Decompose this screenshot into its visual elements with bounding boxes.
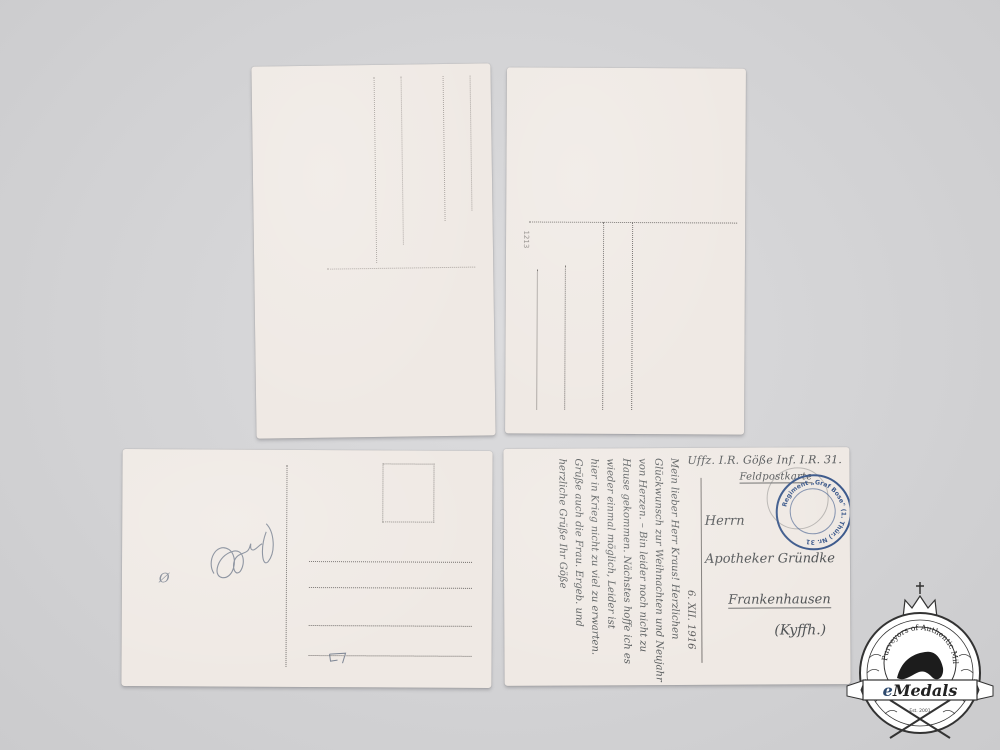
address-city: Frankenhausen <box>728 592 831 609</box>
pencil-mark: Ø <box>159 571 170 586</box>
address-line <box>309 587 472 589</box>
sender-line: Uffz. I.R. Göße Inf. I.R. 31. <box>687 453 842 467</box>
regiment-stamp: Regiment „Graf Bose" (1. Thür.) Nr. 31 <box>776 474 851 550</box>
address-line <box>631 222 633 410</box>
handwritten-message: Mein lieber Herr Kraus! Herzlichen Glück… <box>511 458 682 681</box>
message-line: Mein lieber Herr Kraus! Herzlichen <box>665 458 682 680</box>
emedals-badge-icon: Purveyors of Authentic Militaria eMedals… <box>845 578 995 748</box>
message-line: herzliche Grüße Ihr Göße <box>553 459 570 681</box>
pencil-mark <box>327 651 347 665</box>
address-region: (Kyffh.) <box>774 622 826 638</box>
emedals-watermark-logo: Purveyors of Authentic Militaria eMedals… <box>845 578 995 748</box>
stamp-guide-line <box>443 76 446 221</box>
address-salutation: Herrn <box>705 514 745 529</box>
message-line: von Herzen. – Bin leider noch nicht zu <box>633 458 650 680</box>
message-line: hier in Krieg nicht zu viel zu erwarten. <box>585 458 602 680</box>
postcard-3-back: Ø <box>121 449 492 688</box>
letter-date: 6. XII. 1916 <box>685 590 696 650</box>
message-line: Glückwunsch zur Weihnachten und Neujahr <box>649 458 666 680</box>
message-line: Grüße auch die Frau. Ergeb. und <box>569 458 586 680</box>
message-line: Hause gekommen. Nächstes hoffe ich es <box>617 458 634 680</box>
address-line <box>564 266 566 410</box>
divider-line <box>285 465 287 667</box>
address-name: Apotheker Gründke <box>705 551 835 567</box>
divider-line-horizontal <box>327 267 475 270</box>
postcard-2-back: 1213 <box>505 67 746 434</box>
pencil-signature <box>204 511 284 601</box>
address-line <box>309 561 472 563</box>
divider-line <box>374 77 378 263</box>
address-line <box>536 270 538 410</box>
message-line: wieder einmal möglich, Leider ist <box>601 458 618 680</box>
postcard-1-back <box>251 63 495 438</box>
stamp-box <box>382 463 434 522</box>
address-line <box>309 625 472 627</box>
print-number: 1213 <box>522 230 530 248</box>
svg-text:Est. 2001: Est. 2001 <box>909 708 930 714</box>
divider-line <box>602 222 604 410</box>
stamp-guide-line <box>401 77 404 245</box>
divider-line <box>701 478 703 663</box>
postcard-4-back: Mein lieber Herr Kraus! Herzlichen Glück… <box>503 447 850 686</box>
svg-text:eMedals: eMedals <box>883 681 958 700</box>
stamp-guide-line <box>470 76 473 211</box>
